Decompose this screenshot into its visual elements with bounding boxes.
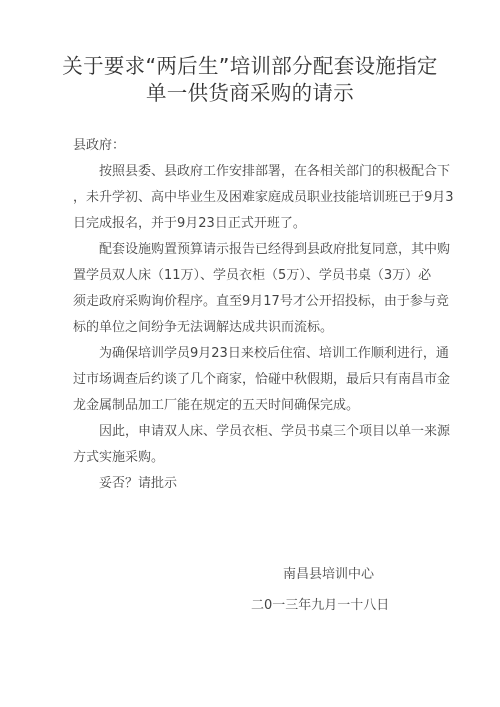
body-line: 龙金属制品加工厂能在规定的五天时间确保完成。: [73, 394, 359, 413]
body-line: 日完成报名，并于9月23日正式开班了。: [73, 212, 306, 231]
document-title-line-1: 关于要求“两后生”培训部分配套设施指定: [0, 49, 500, 79]
body-line: 标的单位之间纷争无法调解达成共识而流标。: [73, 316, 333, 335]
body-line: 按照县委、县政府工作安排部署，在各相关部门的积极配合下: [73, 160, 450, 179]
signature-organization: 南昌县培训中心: [283, 563, 374, 582]
closing-line: 妥否？请批示: [73, 472, 177, 491]
body-line: 方式实施采购。: [73, 446, 164, 465]
salutation: 县政府：: [73, 134, 125, 153]
signature-date: 二0一三年九月一十八日: [251, 594, 389, 613]
body-line: 须走政府采购询价程序。直至9月17号才公开招投标，由于参与竞: [73, 290, 449, 309]
document-title-line-2: 单一供货商采购的请示: [0, 76, 500, 106]
body-line: 过市场调查后约谈了几个商家，恰碰中秋假期，最后只有南昌市金: [73, 368, 450, 387]
body-line: 为确保培训学员9月23日来校后住宿、培训工作顺利进行，通: [73, 342, 449, 361]
body-line: 配套设施购置预算请示报告已经得到县政府批复同意，其中购: [73, 238, 450, 257]
body-line: 置学员双人床（11万）、学员衣柜（5万）、学员书桌（3万）必: [73, 264, 431, 283]
body-line: ，未升学初、高中毕业生及困难家庭成员职业技能培训班已于9月3: [73, 186, 454, 205]
body-line: 因此，申请双人床、学员衣柜、学员书桌三个项目以单一来源: [73, 420, 450, 439]
